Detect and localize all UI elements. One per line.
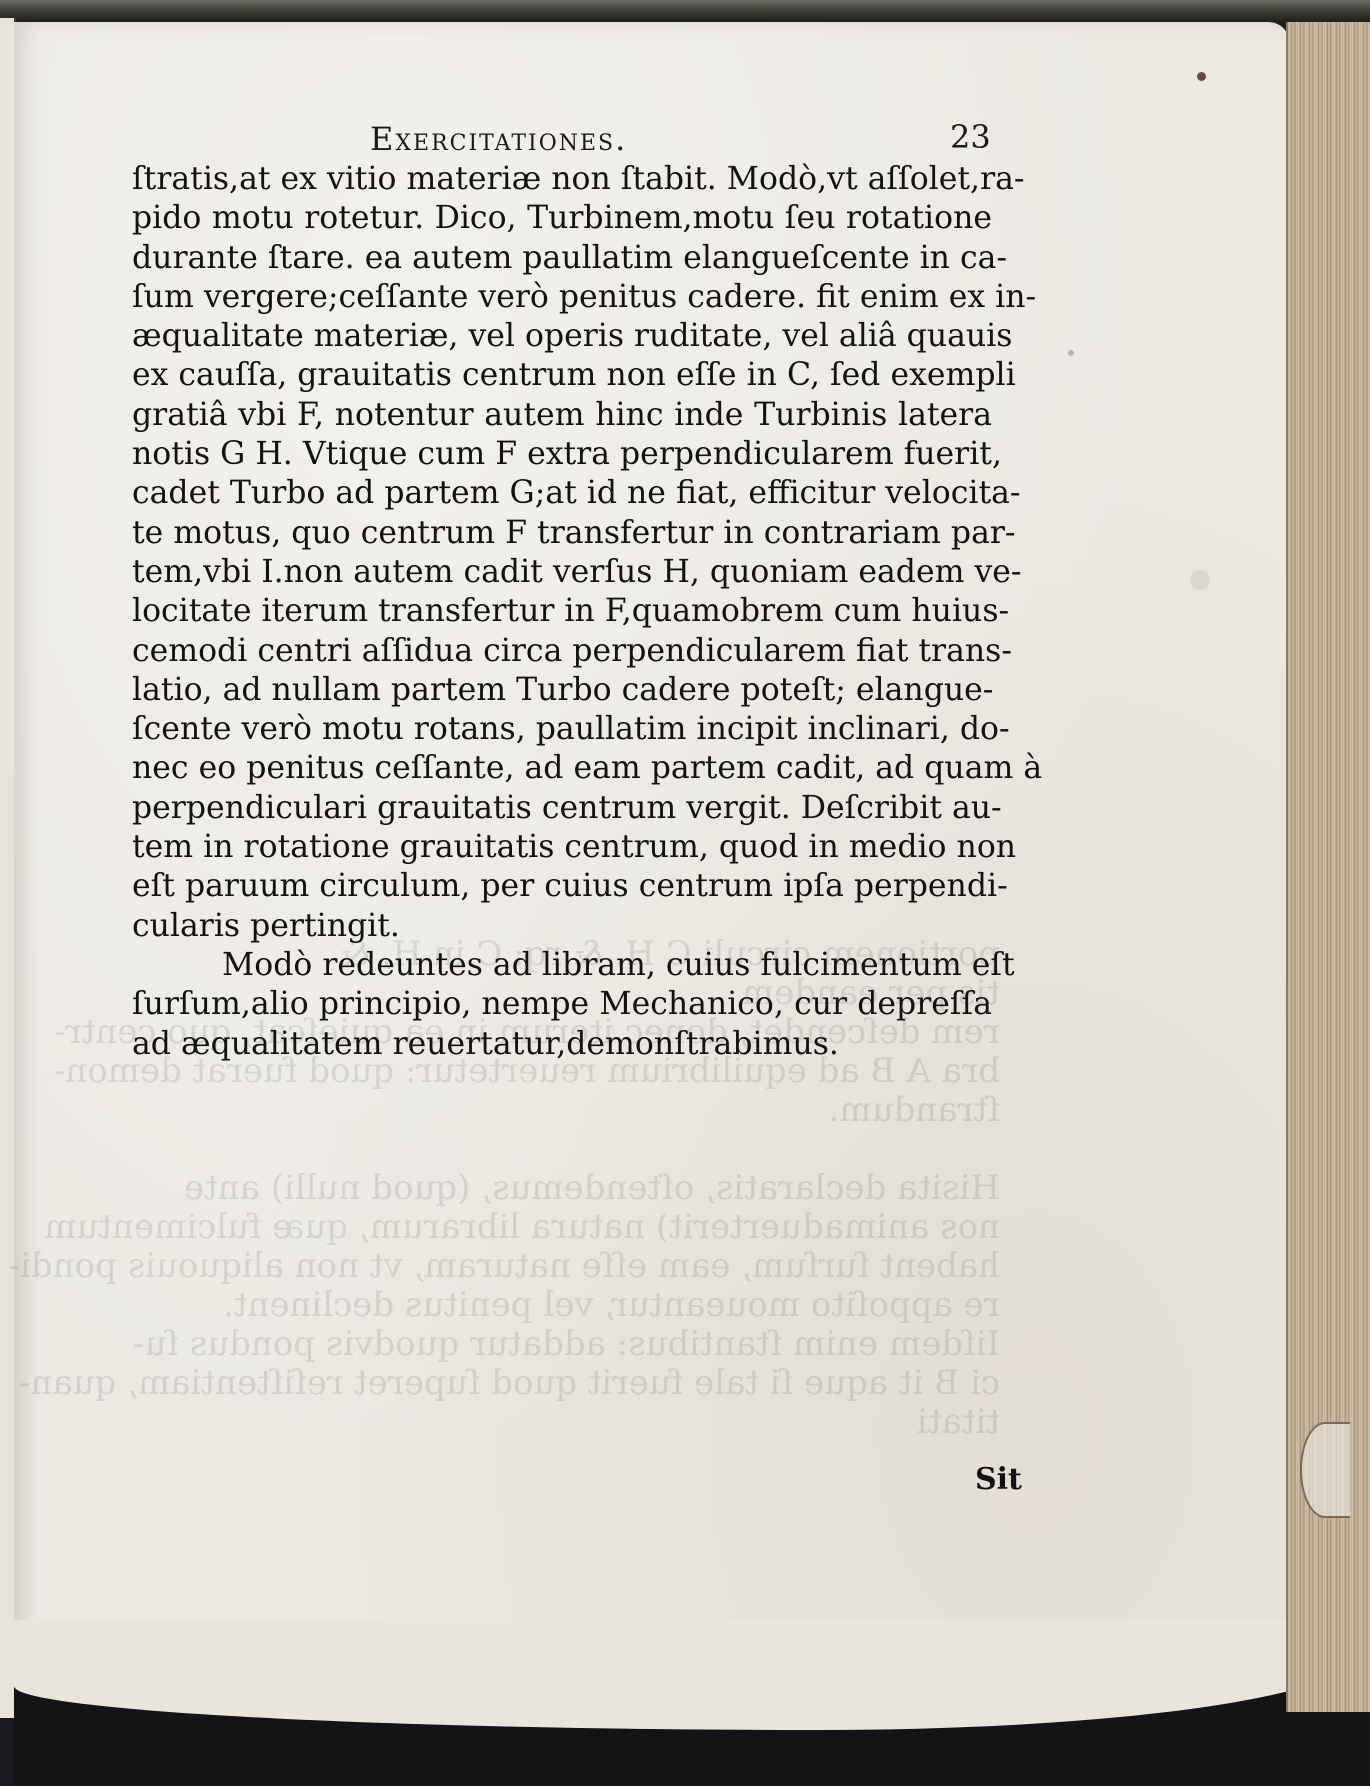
text-line: cemodi centri aſſidua circa perpendicula… [132, 632, 992, 671]
text-line: æqualitate materiæ, vel operis ruditate,… [132, 317, 992, 356]
text-line: pido motu rotetur. Dico, Turbinem,motu ſ… [132, 199, 992, 238]
paper-speck [1068, 350, 1074, 356]
text-line: ſcente verò motu rotans, paullatim incip… [132, 710, 992, 749]
paragraph-first-line: Modò redeuntes ad libram, cuius fulcimen… [132, 946, 992, 985]
paper-stain [1190, 570, 1210, 590]
text-line: ex cauſſa, grauitatis centrum non eſſe i… [132, 356, 992, 395]
page-number: 23 [950, 118, 991, 156]
text-line: notis G H. Vtique cum F extra perpendicu… [132, 435, 992, 474]
text-line: ſurſum,alio principio, nempe Mechanico, … [132, 985, 992, 1024]
fore-edge [1286, 22, 1370, 1712]
text-line: tem in rotatione grauitatis centrum, quo… [132, 828, 992, 867]
text-line: durante ſtare. ea autem paullatim elangu… [132, 239, 992, 278]
text-line: eſt paruum circulum, per cuius centrum i… [132, 867, 992, 906]
text-line: cadet Turbo ad partem G;at id ne fiat, e… [132, 474, 992, 513]
text-line: ſtratis,at ex vitio materiæ non ſtabit. … [132, 160, 992, 199]
text-line: ad æqualitatem reuertatur,demonſtrabimus… [132, 1025, 992, 1064]
paper-speck [1197, 72, 1206, 81]
running-head: Exercitationes. [370, 120, 627, 158]
text-line: te motus, quo centrum F transfertur in c… [132, 514, 992, 553]
page-tab-icon [1300, 1422, 1350, 1518]
text-line: locitate iterum transfertur in F,quamobr… [132, 592, 992, 631]
text-line: perpendiculari grauitatis centrum vergit… [132, 789, 992, 828]
text-line: ſum vergere;ceſſante verò penitus cadere… [132, 278, 992, 317]
text-line: nec eo penitus ceſſante, ad eam partem c… [132, 749, 992, 788]
body-text: ſtratis,at ex vitio materiæ non ſtabit. … [132, 160, 992, 1064]
text-line: gratiâ vbi F, notentur autem hinc inde T… [132, 396, 992, 435]
text-line: cularis pertingit. [132, 907, 992, 946]
text-line: latio, ad nullam partem Turbo cadere pot… [132, 671, 992, 710]
catchword: Sit [975, 1462, 1022, 1497]
text-line: tem,vbi I.non autem cadit verſus H, quon… [132, 553, 992, 592]
